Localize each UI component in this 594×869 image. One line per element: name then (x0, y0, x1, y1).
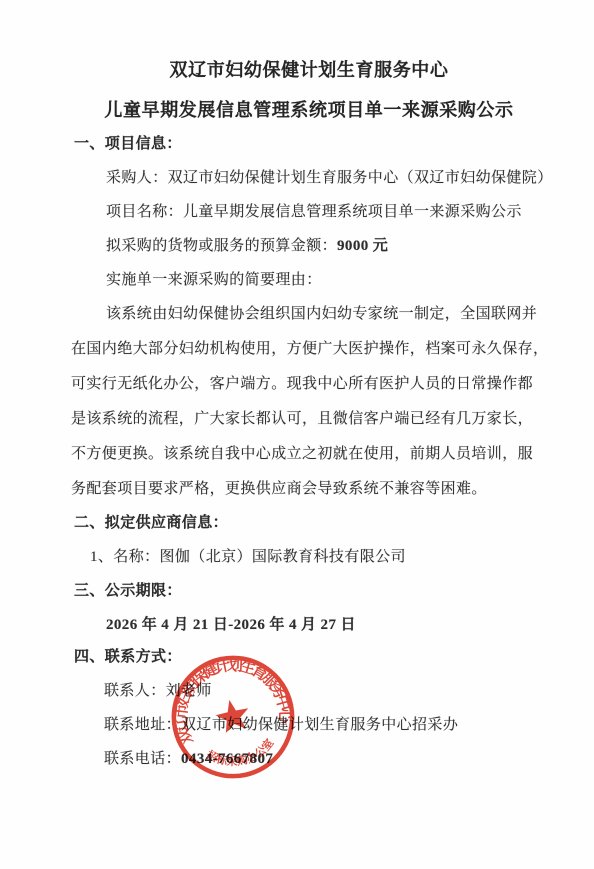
budget-label: 拟采购的货物或服务的预算金额： (106, 238, 337, 254)
buyer-line: 采购人：双辽市妇幼保健计划生育服务中心（双辽市妇幼保健院） (106, 167, 553, 189)
reason-label-line: 实施单一来源采购的简要理由： (106, 269, 322, 291)
document-page: 双辽市妇幼保健计划生育服务中心 儿童早期发展信息管理系统项目单一来源采购公示 一… (0, 0, 594, 869)
reason-paragraph-line: 在国内绝大部分妇幼机构使用，方便广大医护操作，档案可永久保存， (71, 338, 548, 360)
section-3-heading: 三、公示期限： (74, 580, 182, 602)
org-title: 双辽市妇幼保健计划生育服务中心 (70, 59, 548, 81)
contact-phone-value: 0434-7667807 (181, 751, 273, 767)
contact-address-line: 联系地址：双辽市妇幼保健计划生育服务中心招采办 (104, 714, 458, 736)
supplier-line: 1、名称：图伽（北京）国际教育科技有限公司 (90, 546, 406, 568)
contact-phone-label: 联系电话： (104, 751, 181, 767)
section-2-heading: 二、拟定供应商信息： (74, 512, 228, 534)
project-name-line: 项目名称：儿童早期发展信息管理系统项目单一来源采购公示 (106, 201, 522, 223)
contact-address-label: 联系地址： (104, 717, 181, 733)
reason-paragraph-line: 该系统由妇幼保健协会组织国内妇幼专家统一制定，全国联网并 (106, 303, 537, 325)
publicity-period-line: 2026 年 4 月 21 日-2026 年 4 月 27 日 (106, 614, 356, 636)
doc-title: 儿童早期发展信息管理系统项目单一来源采购公示 (70, 99, 548, 121)
contact-person-label: 联系人： (104, 683, 166, 699)
contact-person-line: 联系人：刘老师 (104, 680, 212, 702)
reason-paragraph-line: 不方便更换。该系统自我中心成立之初就在使用，前期人员培训，服 (71, 443, 533, 465)
section-1-heading: 一、项目信息： (74, 133, 182, 155)
reason-paragraph-line: 是该系统的流程，广大家长都认可，且微信客户端已经有几万家长， (71, 408, 533, 430)
contact-address-value: 双辽市妇幼保健计划生育服务中心招采办 (181, 717, 458, 733)
reason-paragraph-line: 可实行无纸化办公，客户端方。现我中心所有医护人员的日常操作都 (71, 373, 533, 395)
budget-value: 9000 元 (337, 238, 388, 254)
budget-line: 拟采购的货物或服务的预算金额：9000 元 (106, 235, 388, 257)
contact-person-value: 刘老师 (166, 683, 212, 699)
reason-paragraph-line: 务配套项目要求严格，更换供应商会导致系统不兼容等困难。 (71, 478, 487, 500)
contact-phone-line: 联系电话：0434-7667807 (104, 748, 273, 770)
section-4-heading: 四、联系方式： (74, 646, 182, 668)
